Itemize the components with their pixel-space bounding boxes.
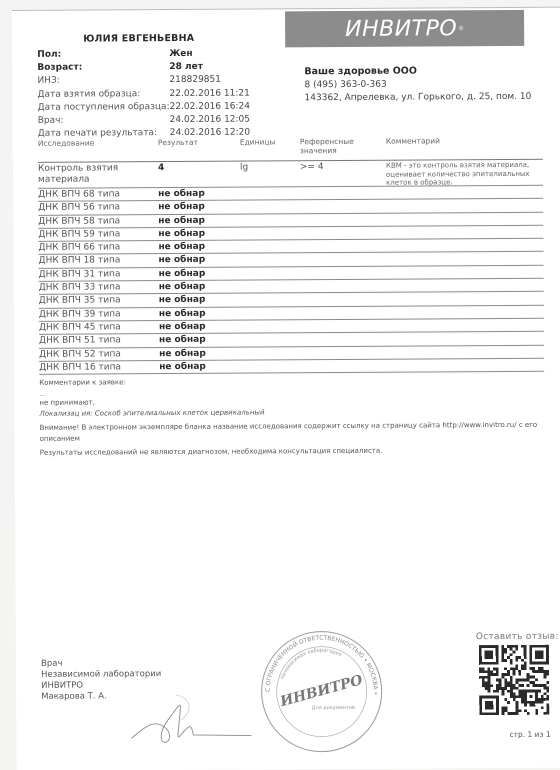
lab-address: 143362, Апрелевка, ул. Горького, д. 25, …	[305, 91, 532, 106]
cell-units	[241, 294, 301, 307]
patient-field: Возраст:28 лет	[37, 61, 249, 75]
electronic-notice: Внимание! В электронном экземпляре бланк…	[40, 419, 560, 445]
disclaimer: Результаты исследований не являются диаг…	[40, 444, 560, 459]
cell-comment	[386, 239, 543, 252]
cell-result: не обнар	[158, 201, 240, 214]
field-label: Врач:	[38, 114, 170, 128]
cell-test: ДНК ВПЧ 66 типа	[38, 241, 158, 254]
cell-result: не обнар	[159, 294, 241, 307]
patient-field: Дата поступления образца:22.02.2016 16:2…	[38, 100, 250, 114]
cell-reference	[301, 306, 387, 319]
table-row: Контроль взятия материала4lg>= 4КВМ - эт…	[38, 160, 543, 189]
field-value: Жен	[169, 48, 192, 61]
cell-test: ДНК ВПЧ 59 типа	[38, 228, 158, 241]
cell-test: ДНК ВПЧ 51 типа	[39, 334, 159, 347]
cell-units	[240, 214, 300, 227]
patient-field: Дата взятия образца:22.02.2016 11:21	[37, 87, 249, 101]
cell-test: ДНК ВПЧ 33 типа	[39, 281, 159, 294]
cell-units	[240, 254, 300, 267]
cell-units	[240, 240, 300, 253]
page-number: стр. 1 из 1	[509, 730, 550, 739]
patient-info: Пол:ЖенВозраст:28 летИНЗ:218829851Дата в…	[37, 48, 250, 142]
patient-field: Пол:Жен	[37, 48, 249, 62]
table-header: Исследование Результат Единицы Референсн…	[38, 135, 543, 163]
cell-result: не обнар	[159, 334, 241, 347]
cell-comment	[387, 292, 544, 305]
cell-test: ДНК ВПЧ 35 типа	[39, 294, 159, 307]
cell-units	[240, 187, 300, 200]
cell-result: не обнар	[158, 227, 240, 240]
cell-result: не обнар	[158, 254, 240, 267]
cell-units	[241, 347, 301, 360]
field-label: Возраст:	[37, 61, 169, 75]
patient-field: Врач:24.02.2016 12:05	[38, 114, 250, 128]
cell-comment	[387, 305, 544, 318]
cell-reference	[300, 253, 386, 266]
cell-test: ДНК ВПЧ 39 типа	[39, 308, 159, 321]
cell-reference	[301, 280, 387, 293]
cell-test: Контроль взятия материала	[38, 163, 158, 188]
cell-result: не обнар	[158, 241, 240, 254]
order-comments: Комментарии к заявке: ... не принимают, …	[39, 375, 559, 459]
stamp-icon: С ОГРАНИЧЕННОЙ ОТВЕТСТВЕННОСТЬЮ • МОСКВА…	[259, 629, 385, 755]
cell-units	[241, 360, 301, 373]
cell-result: не обнар	[159, 307, 241, 320]
cell-units	[241, 320, 301, 333]
cell-units	[241, 267, 301, 280]
cell-units	[241, 280, 301, 293]
cell-comment	[386, 252, 543, 265]
cell-test: ДНК ВПЧ 45 типа	[39, 321, 159, 334]
cell-units	[240, 227, 300, 240]
patient-field: ИНЗ:218829851	[37, 74, 249, 88]
feedback-qr-code[interactable]	[479, 645, 549, 715]
cell-reference	[300, 240, 386, 253]
cell-result: не обнар	[159, 347, 241, 360]
doctor-title: Врач	[41, 658, 161, 670]
cell-comment	[386, 226, 543, 239]
cell-comment	[387, 345, 544, 358]
cell-test: ДНК ВПЧ 16 типа	[39, 361, 159, 374]
cell-reference	[301, 333, 387, 346]
cell-test: ДНК ВПЧ 68 типа	[38, 188, 158, 201]
header-units: Единицы	[240, 136, 300, 160]
cell-reference	[301, 293, 387, 306]
patient-name: ЮЛИЯ ЕВГЕНЬЕВНА	[83, 33, 194, 45]
svg-text:Для документов: Для документов	[312, 705, 355, 711]
cell-test: ДНК ВПЧ 58 типа	[38, 215, 158, 228]
header-test: Исследование	[38, 137, 158, 162]
cell-reference	[300, 213, 386, 226]
cell-result: не обнар	[159, 281, 241, 294]
cell-reference	[301, 320, 387, 333]
cell-result: 4	[158, 163, 240, 188]
cell-test: ДНК ВПЧ 56 типа	[38, 201, 158, 214]
field-value: 218829851	[169, 74, 221, 88]
cell-reference	[300, 187, 386, 200]
logo-text: ИНВИТРО	[345, 16, 457, 42]
field-label: Дата взятия образца:	[37, 88, 169, 102]
field-value: 22.02.2016 16:24	[170, 100, 250, 114]
cell-reference	[300, 200, 386, 213]
cell-test: ДНК ВПЧ 52 типа	[39, 348, 159, 361]
field-label: Пол:	[37, 48, 169, 62]
registered-mark: ®	[458, 25, 464, 32]
feedback-label: Оставить отзыв:	[476, 632, 559, 643]
cell-result: не обнар	[158, 214, 240, 227]
doctor-lab: Независимой лаборатории	[41, 669, 161, 681]
cell-comment	[386, 186, 543, 199]
field-value: 28 лет	[169, 61, 203, 74]
cell-result: не обнар	[158, 188, 240, 201]
field-value: 22.02.2016 11:21	[169, 87, 249, 101]
header-result: Результат	[158, 137, 240, 162]
table-body: Контроль взятия материала4lg>= 4КВМ - эт…	[38, 160, 544, 375]
field-label: ИНЗ:	[37, 74, 169, 88]
field-label: Дата поступления образца:	[38, 101, 170, 115]
cell-reference	[300, 227, 386, 240]
lab-name: Ваше здоровье ООО	[304, 64, 531, 79]
invitro-logo: ИНВИТРО®	[285, 10, 524, 47]
cell-test: ДНК ВПЧ 18 типа	[38, 255, 158, 268]
cell-test: ДНК ВПЧ 31 типа	[39, 268, 159, 281]
lab-phone: 8 (495) 363-0-363	[304, 77, 531, 92]
cell-comment: КВМ - это контроль взятия материала, оце…	[386, 161, 543, 186]
cell-reference: >= 4	[300, 162, 386, 187]
field-value: 24.02.2016 12:05	[170, 114, 250, 128]
cell-reference	[301, 360, 387, 373]
lab-report-page: ЮЛИЯ ЕВГЕНЬЕВНА Пол:ЖенВозраст:28 летИНЗ…	[12, 7, 560, 770]
localization-line: Локализац ия: Соскоб эпителиальных клето…	[39, 406, 559, 421]
cell-units	[241, 307, 301, 320]
cell-result: не обнар	[159, 267, 241, 280]
cell-reference	[301, 266, 387, 279]
cell-comment	[386, 199, 543, 212]
cell-comment	[387, 266, 544, 279]
results-table: Исследование Результат Единицы Референсн…	[38, 135, 544, 375]
cell-comment	[387, 332, 544, 345]
cell-reference	[301, 346, 387, 359]
cell-comment	[387, 279, 544, 292]
header-reference: Референсные значения	[300, 136, 386, 161]
cell-comment	[387, 359, 544, 372]
lab-info: Ваше здоровье ООО 8 (495) 363-0-363 1433…	[304, 64, 531, 106]
cell-comment	[386, 212, 543, 225]
cell-units	[240, 201, 300, 214]
cell-units: lg	[240, 162, 300, 186]
table-row: ДНК ВПЧ 16 типане обнар	[39, 359, 544, 375]
cell-result: не обнар	[159, 321, 241, 334]
signature-icon	[121, 689, 261, 750]
cell-comment	[387, 319, 544, 332]
cell-units	[241, 334, 301, 347]
cell-result: не обнар	[159, 360, 241, 373]
header-comment: Комментарий	[386, 135, 543, 160]
